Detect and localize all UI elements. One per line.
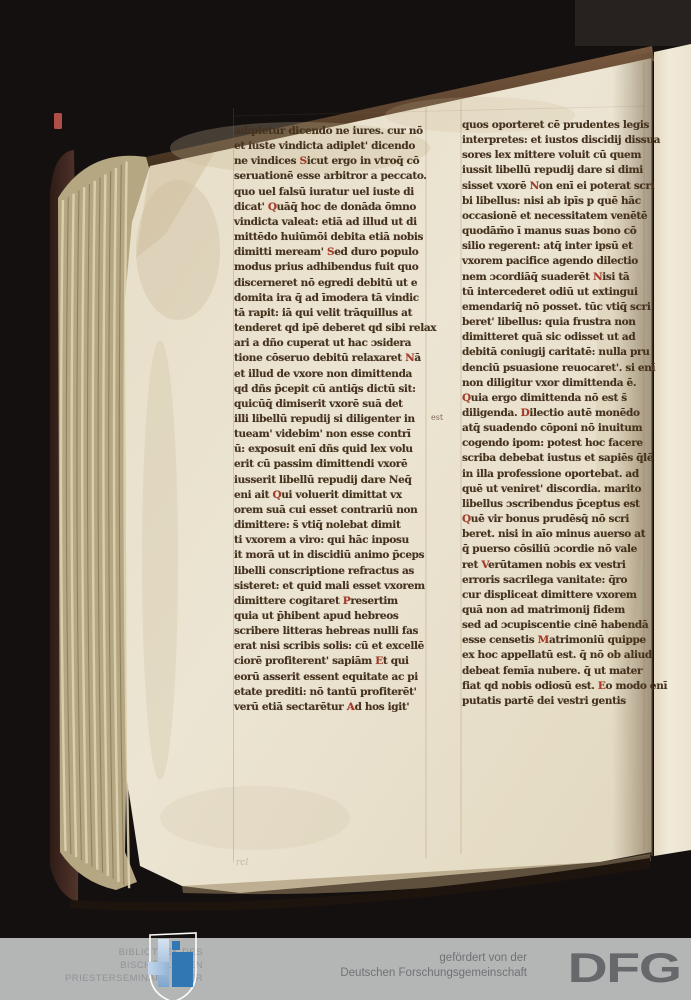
manuscript-line: fiat qd nobis odiosū est. Eo modo enī	[462, 679, 667, 694]
manuscript-line: ex hoc appellatū est. q̄ nō ob aliud	[462, 648, 667, 663]
manuscript-line: quos oporteret cē prudentes legis	[462, 118, 667, 133]
manuscript-line: etate prediti: nō tantū profiterēt'	[234, 685, 436, 700]
manuscript-line: libellus ɔscribendus p̄ceptus est	[462, 497, 667, 512]
manuscript-line: ū: exposuit enī dñs quid lex volu	[234, 442, 436, 457]
library-logo-icon	[146, 931, 200, 1000]
manuscript-line: emendariq̄ nō posset. tūc vtiq̄ scri	[462, 300, 667, 315]
red-edge-marker	[54, 113, 62, 129]
funding-line: Deutschen Forschungsgemeinschaft	[340, 966, 527, 981]
manuscript-line: ret Verūtamen nobis ex vestri	[462, 558, 667, 573]
manuscript-line: tione cōseruo debitū relaxaret Nā	[234, 351, 436, 366]
manuscript-line: denciū psuasione reuocaret'. si enī	[462, 361, 667, 376]
manuscript-line: debeat femīa nubere. q̄ ut mater	[462, 664, 667, 679]
manuscript-line: interpretes: et iustos discidij dissua	[462, 133, 667, 148]
marginal-note: est	[431, 413, 443, 422]
manuscript-line: non diligitur vxor dimittenda ē.	[462, 376, 667, 391]
manuscript-line: et illud de vxore non dimittenda	[234, 367, 436, 382]
manuscript-line: quo uel falsū iuratur uel iuste di	[234, 185, 436, 200]
manuscript-line: dicat' Quāq̄ hoc de donāda ōmno	[234, 200, 436, 215]
manuscript-line: nem ɔcordiāq̄ suaderēt Nisi tā	[462, 270, 667, 285]
cross-blue-tab	[172, 941, 180, 950]
manuscript-line: modus prius adhibendus fuit quo	[234, 260, 436, 275]
manuscript-line: discerneret nō egredi debitū ut e	[234, 276, 436, 291]
manuscript-line: quicūq̄ dimiserit vxorē suā det	[234, 397, 436, 412]
cross-horizontal-bar	[148, 962, 169, 975]
manuscript-line: atq̄ suadendo cōponi nō inuitum	[462, 421, 667, 436]
manuscript-line: cogendo ipom: potest hoc facere	[462, 436, 667, 451]
manuscript-line: erat nisi scribis solis: cū et excellē	[234, 639, 436, 654]
manuscript-line: eni ait Qui voluerit dimittat vx	[234, 488, 436, 503]
background-panel	[575, 0, 691, 46]
manuscript-line: verū etiā sectarētur Ad hos igit'	[234, 700, 436, 715]
manuscript-line: beret. nisi in aīo minus auerso at	[462, 527, 667, 542]
manuscript-line: diligenda. Dilectio autē monēdo	[462, 406, 667, 421]
manuscript-line: tū intercederet odiū ut extingui	[462, 285, 667, 300]
text-column-left: adīpletur dicendo ne iures. cur nōet ius…	[234, 124, 436, 715]
dfg-logo: DFG	[568, 945, 681, 991]
manuscript-line: vxorem pacifice agendo dilectio	[462, 254, 667, 269]
cross-blue-block	[172, 952, 193, 987]
funding-line: gefördert von der	[340, 951, 527, 966]
manuscript-line: q̄ puerso cōsiliū ɔcordie nō vale	[462, 542, 667, 557]
manuscript-line: quodām̄o ī manus suas bono cō	[462, 224, 667, 239]
manuscript-line: esse censetis Matrimoniū quippe	[462, 633, 667, 648]
manuscript-line: dimitteret quā sic odisset ut ad	[462, 330, 667, 345]
manuscript-line: seruationē esse arbitror a peccato.	[234, 169, 436, 184]
manuscript-line: libelli conscriptione refractus as	[234, 564, 436, 579]
manuscript-line: sisset vxorē Non enī ei poterat scri	[462, 179, 667, 194]
manuscript-line: adīpletur dicendo ne iures. cur nō	[234, 124, 436, 139]
manuscript-line: Quē vir bonus prudēsq̄ nō scri	[462, 512, 667, 527]
digitized-manuscript-view: adīpletur dicendo ne iures. cur nōet ius…	[0, 0, 691, 1000]
footer-banner: BIBLIOTHEK DES BISCHÖFLICHEN PRIESTERSEM…	[0, 938, 691, 1000]
manuscript-line: et iuste vindicta adiplet' dicendo	[234, 139, 436, 154]
manuscript-line: scriba debebat iustus et sapiēs q̄lē	[462, 451, 667, 466]
manuscript-line: dimitti meream' Sed duro populo	[234, 245, 436, 260]
manuscript-line: ti vxorem a viro: qui hāc inposu	[234, 533, 436, 548]
manuscript-line: vindicta valeat: etiā ad illud ut di	[234, 215, 436, 230]
manuscript-line: dimittere: s̄ vtiq̄ nolebat dimit	[234, 518, 436, 533]
manuscript-line: Quia ergo dimittenda nō est s̄	[462, 391, 667, 406]
manuscript-line: bi libellus: nisi ab ipīs p quē hāc	[462, 194, 667, 209]
manuscript-line: putatis partē dei vestri gentis	[462, 694, 667, 709]
manuscript-line: qd dñs p̄cepit cū antiq̄s dictū sit:	[234, 382, 436, 397]
manuscript-line: ne vindices Sicut ergo in vtroq̄ cō	[234, 154, 436, 169]
manuscript-line: domita ira q̄ ad īmodera tā vindic	[234, 291, 436, 306]
manuscript-line: iussit libellū repudij dare si dimi	[462, 163, 667, 178]
funding-credit: gefördert von der Deutschen Forschungsge…	[340, 951, 527, 980]
manuscript-line: cur displiceat dimittere vxorem	[462, 588, 667, 603]
manuscript-line: tenderet qd ipē deberet qd sibi relax	[234, 321, 436, 336]
text-column-right: quos oporteret cē prudentes legisinterpr…	[462, 118, 667, 709]
quire-mark: rcl	[236, 858, 248, 868]
manuscript-line: silio regerent: atq̄ inter ipsū et	[462, 239, 667, 254]
manuscript-line: debitā coniugij caritatē: nulla pru	[462, 345, 667, 360]
manuscript-line: sores lex mittere voluit cū quem	[462, 148, 667, 163]
manuscript-line: beret' libellus: quia frustra non	[462, 315, 667, 330]
manuscript-line: ciorē profiterent' sapiām Et qui	[234, 654, 436, 669]
manuscript-line: dimittere cogitaret Presertim	[234, 594, 436, 609]
manuscript-line: erit cū passim dimittendi vxorē	[234, 457, 436, 472]
manuscript-line: occasionē et necessitatem venētē	[462, 209, 667, 224]
manuscript-line: illi libellū repudij si diligenter in	[234, 412, 436, 427]
manuscript-line: sed ad ɔcupiscentie cinē habendā	[462, 618, 667, 633]
manuscript-line: orem suā cui esset contrariū non	[234, 503, 436, 518]
manuscript-line: eorū asserit essent equitate ac pi	[234, 670, 436, 685]
manuscript-line: tueam' videbim' non esse contrī	[234, 427, 436, 442]
manuscript-line: iusserit libellū repudij dare Neq̄	[234, 473, 436, 488]
manuscript-line: quia ut p̄hibent apud hebreos	[234, 609, 436, 624]
manuscript-line: ari a dño cuperat ut hac ɔsidera	[234, 336, 436, 351]
manuscript-line: erroris sacrilega vanitate: q̄ro	[462, 573, 667, 588]
manuscript-line: sisteret: et quid mali esset vxorem	[234, 579, 436, 594]
manuscript-line: it morā ut in discidiū animo p̄ceps	[234, 548, 436, 563]
manuscript-line: tā rapit: iā qui velit trāquillus at	[234, 306, 436, 321]
manuscript-line: in illa professione oportebat. ad	[462, 467, 667, 482]
manuscript-line: scribere litteras hebreas nulli fas	[234, 624, 436, 639]
manuscript-line: mittēdo huiūmōi debita etiā nobis	[234, 230, 436, 245]
manuscript-line: quā non ad matrimonij fidem	[462, 603, 667, 618]
manuscript-line: quē ut veniret' discordia. marito	[462, 482, 667, 497]
